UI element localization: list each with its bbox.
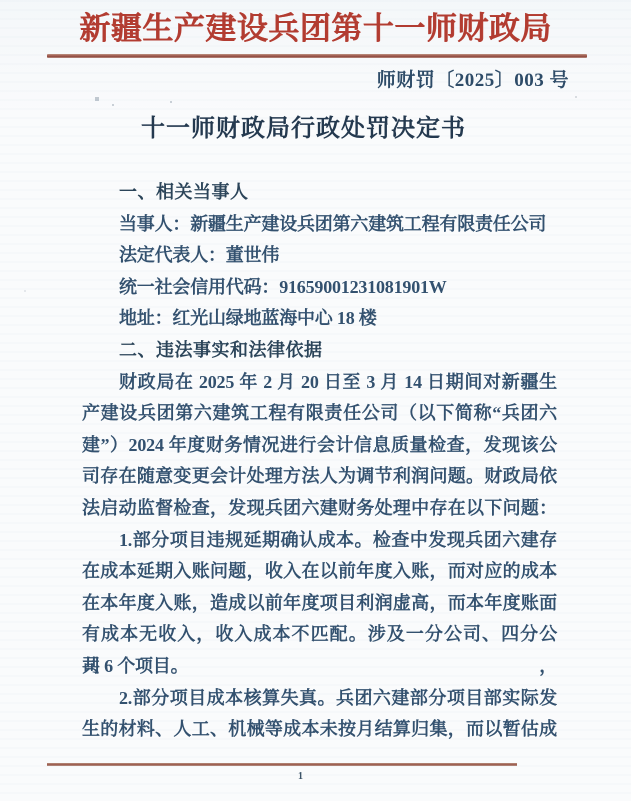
footer-rule: [47, 763, 517, 766]
section-heading-facts: 二、违法事实和法律依据: [82, 335, 557, 367]
text-line: 地址：红光山绿地蓝海中心 18 楼: [82, 303, 557, 335]
section-heading-parties: 一、相关当事人: [82, 177, 557, 209]
scan-specks: [0, 0, 2, 2]
page-number: 1: [0, 770, 601, 784]
text-line: 在成本延期入账问题，收入在以前年度入账，而对应的成本: [82, 556, 557, 588]
text-line: 统一社会信用代码：91659001231081901W: [82, 272, 557, 304]
text-line: 生的材料、人工、机械等成本未按月结算归集，而以暂估成: [82, 714, 557, 746]
text-line: 财政局在 2025 年 2 月 20 日至 3 月 14 日期间对新疆生: [82, 367, 557, 399]
text-line: 法定代表人：董世伟: [82, 240, 557, 272]
text-line: 法启动监督检查，发现兵团六建财务处理中存在以下问题：: [82, 493, 557, 525]
header-rule: [47, 54, 587, 58]
text-line: 当事人：新疆生产建设兵团第六建筑工程有限责任公司: [82, 209, 557, 241]
text-line: 有成本无收入，收入成本不匹配。涉及一分公司、四分公司，: [82, 619, 557, 651]
text-line: 产建设兵团第六建筑工程有限责任公司（以下简称“兵团六: [82, 398, 557, 430]
text-line: 在本年度入账，造成以前年度项目利润虚高，而本年度账面: [82, 588, 557, 620]
document-body: 一、相关当事人 当事人：新疆生产建设兵团第六建筑工程有限责任公司 法定代表人：董…: [82, 177, 557, 746]
document-title: 十一师财政局行政处罚决定书: [0, 113, 607, 145]
text-line: 建”）2024 年度财务情况进行会计信息质量检查，发现该公: [82, 430, 557, 462]
scanned-document-page: { "header": { "agency": "新疆生产建设兵团第十一师财政局…: [0, 0, 631, 801]
agency-title: 新疆生产建设兵团第十一师财政局: [0, 9, 631, 49]
text-line: 1.部分项目违规延期确认成本。检查中发现兵团六建存: [82, 525, 557, 557]
doc-number: 师财罚〔2025〕003 号: [377, 69, 569, 93]
text-line: 司存在随意变更会计处理方法人为调节利润问题。财政局依: [82, 461, 557, 493]
text-line: 2.部分项目成本核算失真。兵团六建部分项目部实际发: [82, 683, 557, 715]
